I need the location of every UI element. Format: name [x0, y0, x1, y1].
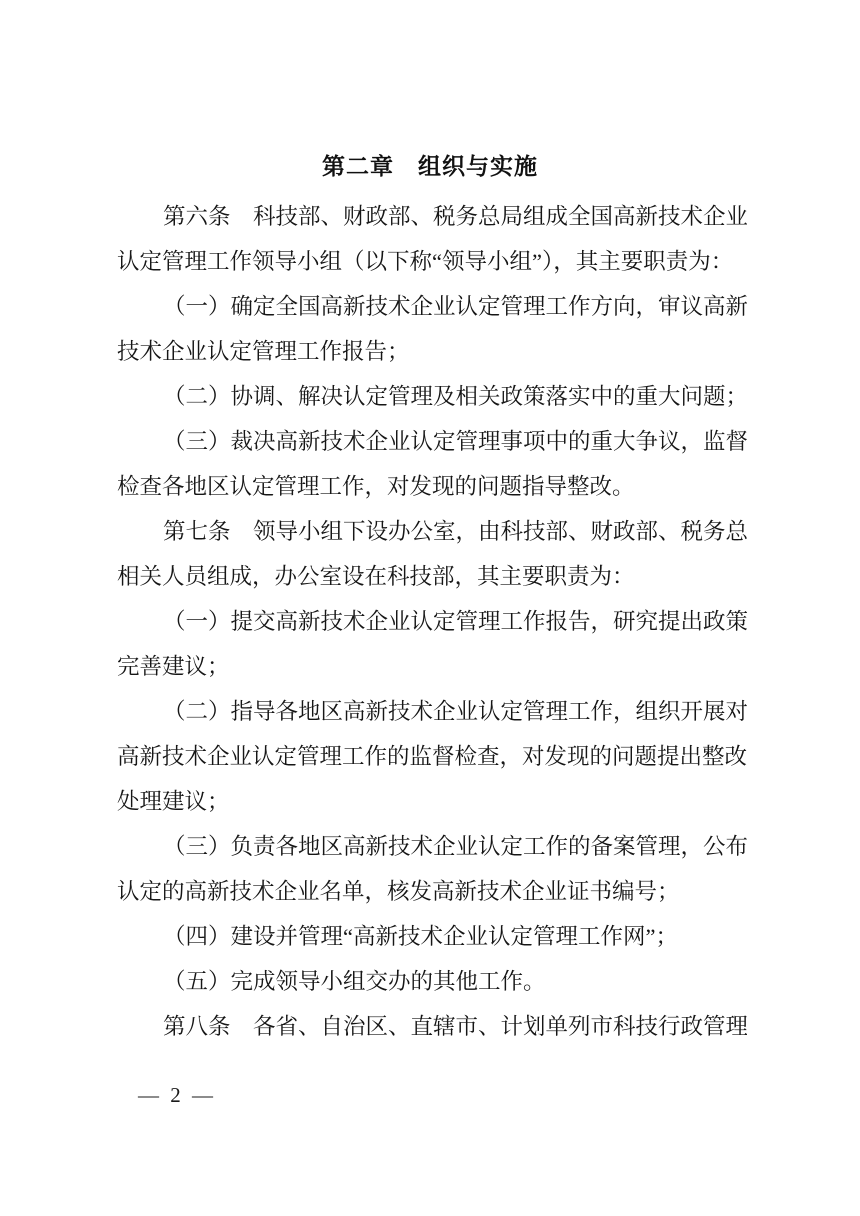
paragraph: 第八条 各省、自治区、直辖市、计划单列市科技行政管理	[117, 1004, 747, 1049]
paragraph: （五）完成领导小组交办的其他工作。	[117, 959, 747, 1004]
text-line: （二）协调、解决认定管理及相关政策落实中的重大问题；	[117, 374, 747, 419]
document-page: 第二章 组织与实施 第六条 科技部、财政部、税务总局组成全国高新技术企业认定管理…	[0, 0, 860, 1216]
text-line: （一）确定全国高新技术企业认定管理工作方向，审议高新	[117, 284, 747, 329]
paragraph: （一）确定全国高新技术企业认定管理工作方向，审议高新技术企业认定管理工作报告；	[117, 284, 747, 374]
text-line: 第六条 科技部、财政部、税务总局组成全国高新技术企业	[117, 194, 747, 239]
text-line: （二）指导各地区高新技术企业认定管理工作，组织开展对	[117, 689, 747, 734]
paragraph: （二）协调、解决认定管理及相关政策落实中的重大问题；	[117, 374, 747, 419]
chapter-heading: 第二章 组织与实施	[0, 149, 860, 183]
paragraph: （三）负责各地区高新技术企业认定工作的备案管理，公布认定的高新技术企业名单，核发…	[117, 824, 747, 914]
text-line: 第七条 领导小组下设办公室，由科技部、财政部、税务总局	[117, 509, 747, 554]
paragraph: （一）提交高新技术企业认定管理工作报告，研究提出政策完善建议；	[117, 599, 747, 689]
text-line: 处理建议；	[117, 779, 747, 824]
text-line: 高新技术企业认定管理工作的监督检查，对发现的问题提出整改	[117, 734, 747, 779]
text-line: （一）提交高新技术企业认定管理工作报告，研究提出政策	[117, 599, 747, 644]
text-line: （四）建设并管理“高新技术企业认定管理工作网”；	[117, 914, 747, 959]
paragraph: 第七条 领导小组下设办公室，由科技部、财政部、税务总局相关人员组成，办公室设在科…	[117, 509, 747, 599]
text-line: 技术企业认定管理工作报告；	[117, 329, 747, 374]
text-line: （三）负责各地区高新技术企业认定工作的备案管理，公布	[117, 824, 747, 869]
paragraph: （四）建设并管理“高新技术企业认定管理工作网”；	[117, 914, 747, 959]
text-line: 完善建议；	[117, 644, 747, 689]
text-line: 认定管理工作领导小组（以下称“领导小组”），其主要职责为：	[117, 239, 747, 284]
text-line: 第八条 各省、自治区、直辖市、计划单列市科技行政管理	[117, 1004, 747, 1049]
page-number: — 2 —	[138, 1081, 216, 1109]
document-body: 第六条 科技部、财政部、税务总局组成全国高新技术企业认定管理工作领导小组（以下称…	[117, 194, 747, 1049]
text-line: 相关人员组成，办公室设在科技部，其主要职责为：	[117, 554, 747, 599]
paragraph: （三）裁决高新技术企业认定管理事项中的重大争议，监督、检查各地区认定管理工作，对…	[117, 419, 747, 509]
text-line: （五）完成领导小组交办的其他工作。	[117, 959, 747, 1004]
paragraph: 第六条 科技部、财政部、税务总局组成全国高新技术企业认定管理工作领导小组（以下称…	[117, 194, 747, 284]
text-line: 检查各地区认定管理工作，对发现的问题指导整改。	[117, 464, 747, 509]
text-line: 认定的高新技术企业名单，核发高新技术企业证书编号；	[117, 869, 747, 914]
paragraph: （二）指导各地区高新技术企业认定管理工作，组织开展对高新技术企业认定管理工作的监…	[117, 689, 747, 824]
text-line: （三）裁决高新技术企业认定管理事项中的重大争议，监督、	[117, 419, 747, 464]
